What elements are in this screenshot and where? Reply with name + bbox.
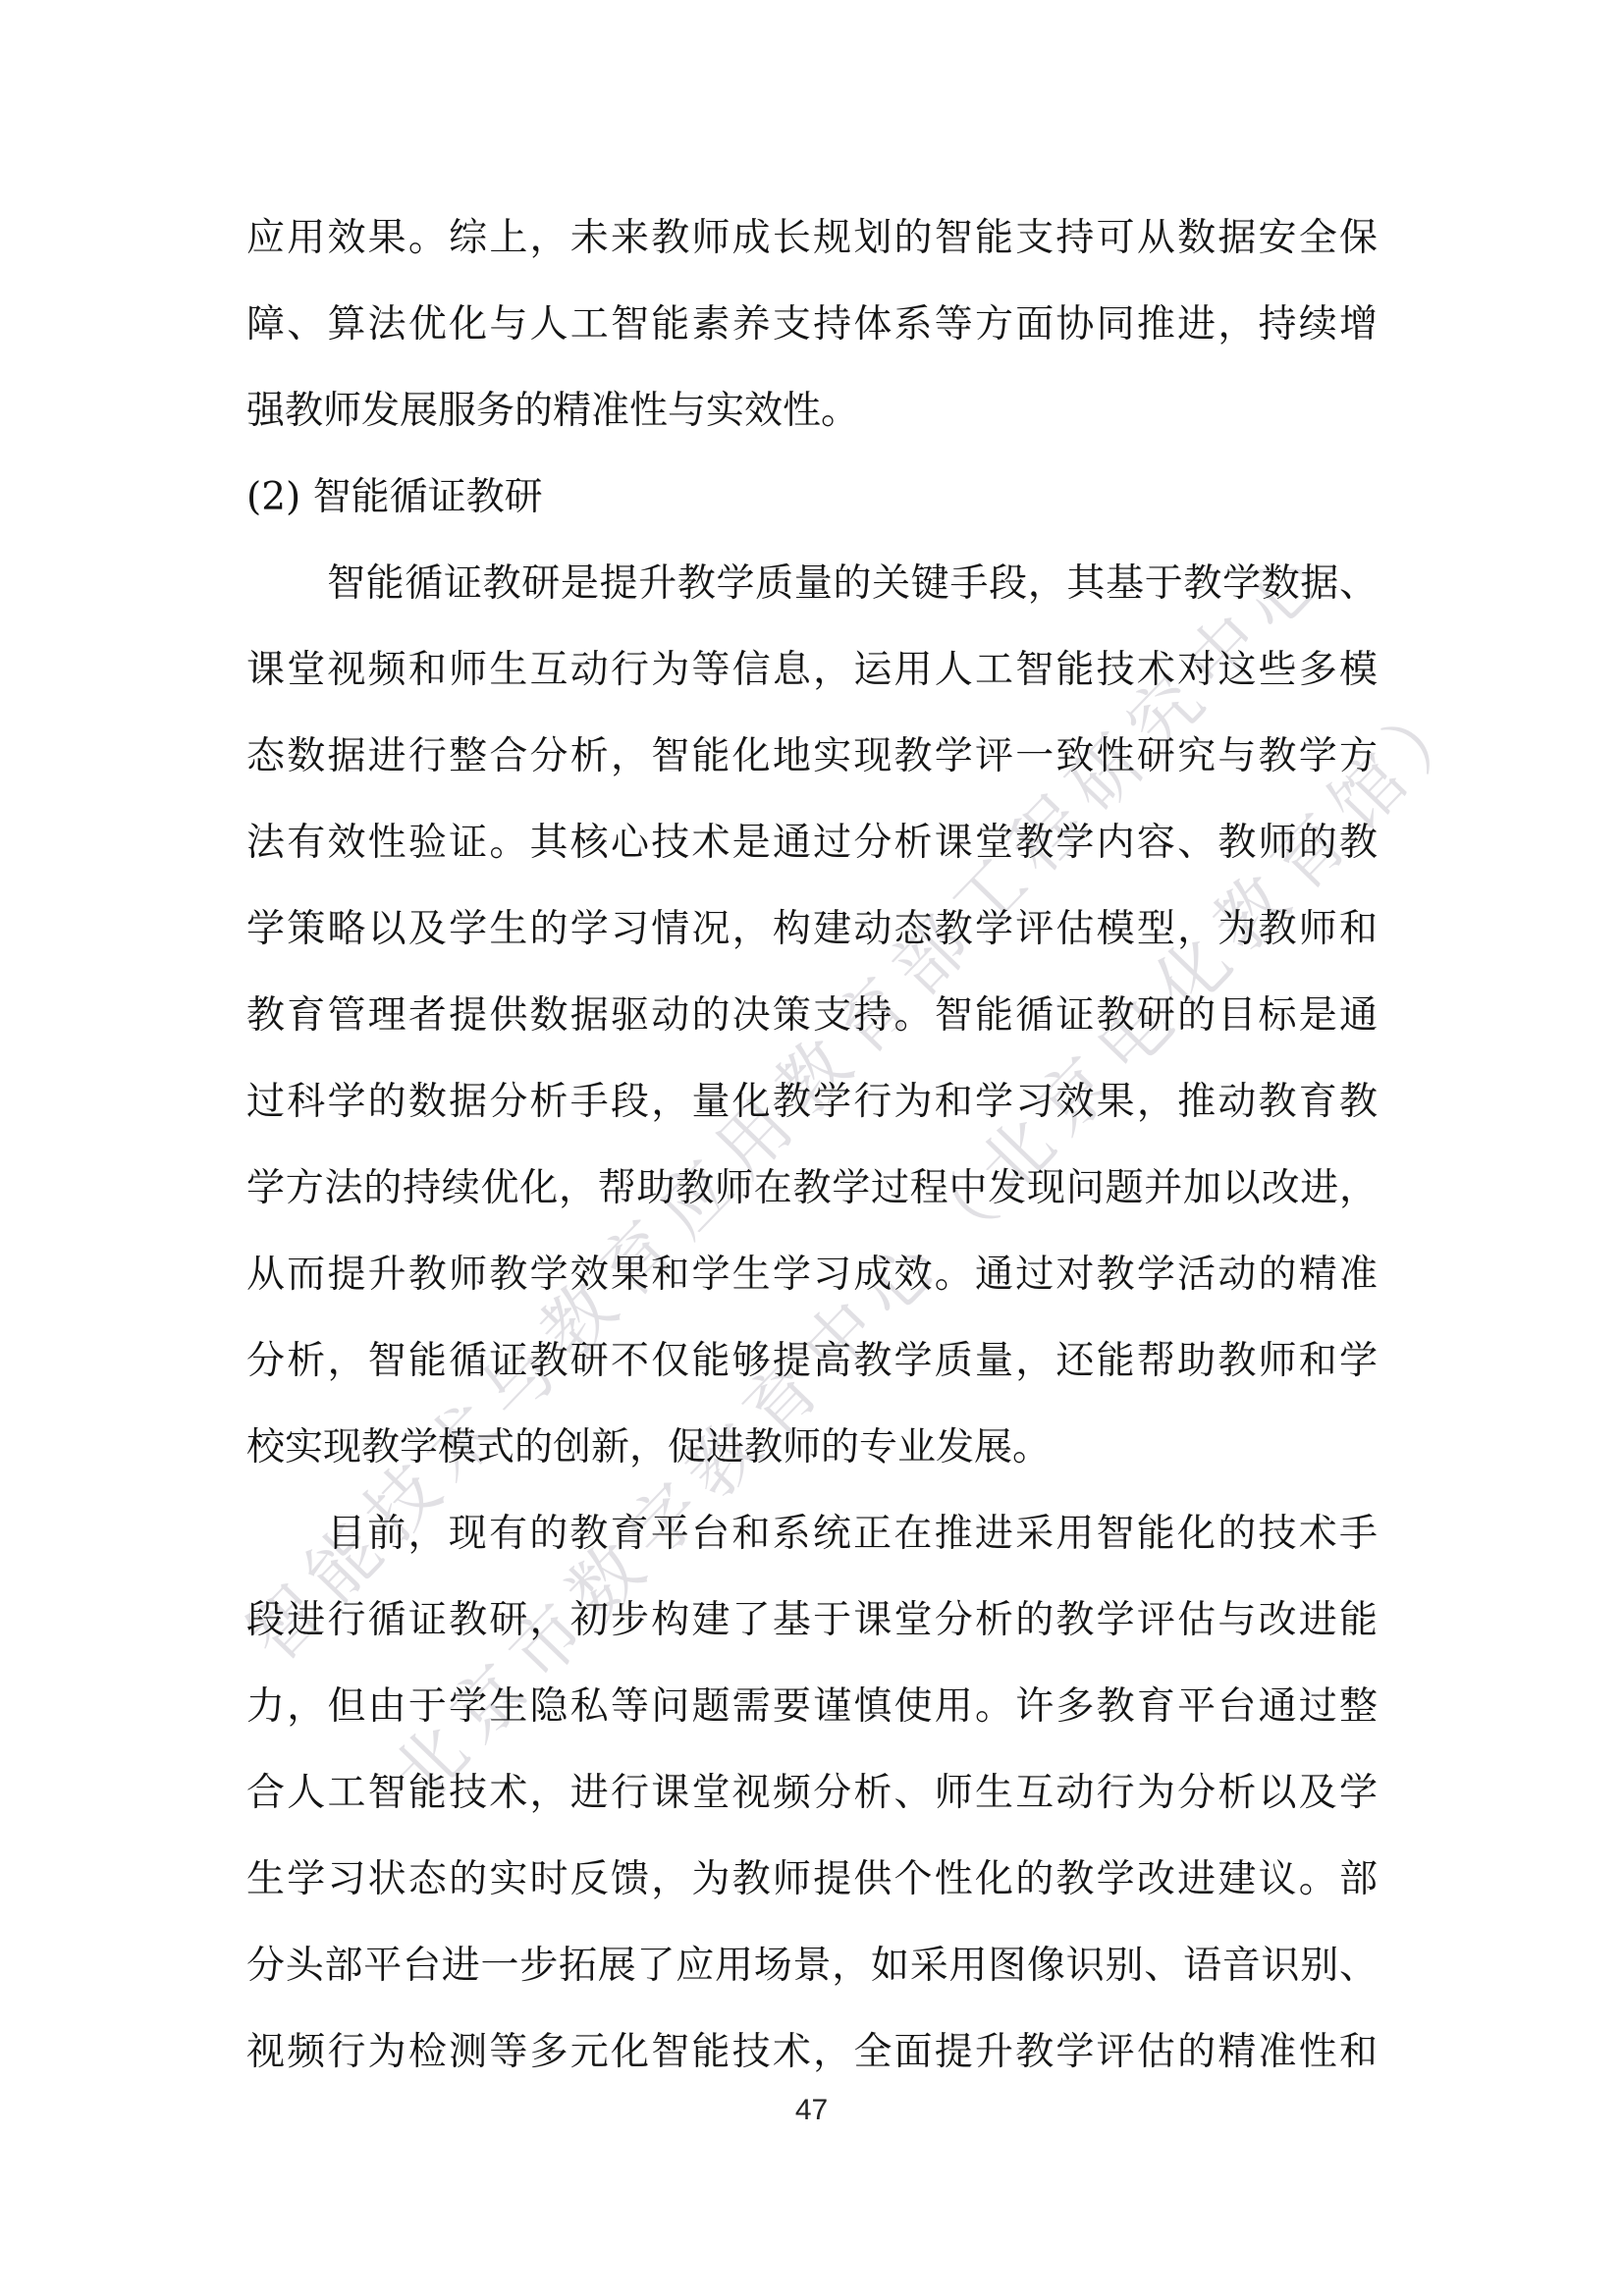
paragraph-line: 障、算法优化与人工智能素养支持体系等方面协同推进，持续增: [246, 282, 1378, 368]
paragraph-line: 态数据进行整合分析，智能化地实现教学评一致性研究与教学方: [246, 714, 1378, 800]
page-number: 47: [795, 2094, 828, 2126]
paragraph-line: 从而提升教师教学效果和学生学习成效。通过对教学活动的精准: [246, 1232, 1378, 1318]
paragraph-line: 应用效果。综上，未来教师成长规划的智能支持可从数据安全保: [246, 195, 1378, 282]
paragraph-line: 合人工智能技术，进行课堂视频分析、师生互动行为分析以及学: [246, 1750, 1378, 1837]
paragraph-line: 分头部平台进一步拓展了应用场景，如采用图像识别、语音识别、: [246, 1923, 1378, 2009]
paragraph-line: 力，但由于学生隐私等问题需要谨慎使用。许多教育平台通过整: [246, 1664, 1378, 1750]
document-page: 智能技术与教育应用教育部工程研究中心 北京市数字教育中心（北京电化教育馆） 应用…: [0, 0, 1623, 2296]
page-footer: 47: [0, 2089, 1623, 2132]
paragraph-line: 段进行循证教研，初步构建了基于课堂分析的教学评估与改进能: [246, 1577, 1378, 1664]
section-heading: (2) 智能循证教研: [246, 454, 1378, 541]
paragraph-line: 校实现教学模式的创新，促进教师的专业发展。: [246, 1405, 1378, 1491]
paragraph-line: 强教师发展服务的精准性与实效性。: [246, 368, 1378, 454]
paragraph-line: 视频行为检测等多元化智能技术，全面提升教学评估的精准性和: [246, 2009, 1378, 2096]
paragraph-line: 法有效性验证。其核心技术是通过分析课堂教学内容、教师的教: [246, 800, 1378, 886]
paragraph-line: 过科学的数据分析手段，量化教学行为和学习效果，推动教育教: [246, 1059, 1378, 1146]
paragraph-line: 目前，现有的教育平台和系统正在推进采用智能化的技术手: [246, 1491, 1378, 1577]
paragraph-line: 学策略以及学生的学习情况，构建动态教学评估模型，为教师和: [246, 886, 1378, 973]
paragraph-line: 生学习状态的实时反馈，为教师提供个性化的教学改进建议。部: [246, 1837, 1378, 1923]
paragraph-line: 学方法的持续优化，帮助教师在教学过程中发现问题并加以改进，: [246, 1146, 1378, 1232]
paragraph-line: 课堂视频和师生互动行为等信息，运用人工智能技术对这些多模: [246, 627, 1378, 714]
document-body: 应用效果。综上，未来教师成长规划的智能支持可从数据安全保 障、算法优化与人工智能…: [246, 195, 1378, 2096]
paragraph-line: 教育管理者提供数据驱动的决策支持。智能循证教研的目标是通: [246, 973, 1378, 1059]
paragraph-line: 智能循证教研是提升教学质量的关键手段，其基于教学数据、: [246, 541, 1378, 627]
paragraph-line: 分析，智能循证教研不仅能够提高教学质量，还能帮助教师和学: [246, 1318, 1378, 1405]
